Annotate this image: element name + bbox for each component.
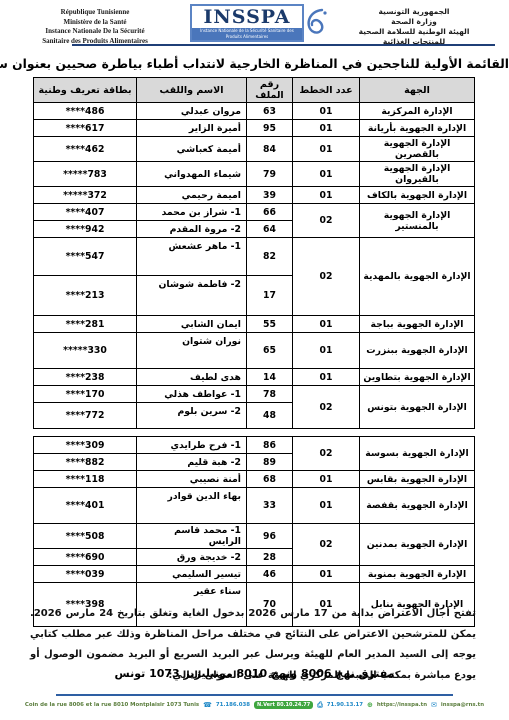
file-number-cell: 68 (247, 471, 293, 488)
header-line-ar: الجمهورية التونسية (333, 7, 495, 17)
file-number-cell: 28 (247, 549, 293, 566)
name-cell: بهاء الدين قوادر (137, 488, 247, 524)
insspa-logo-acronym: INSSPA (192, 6, 302, 29)
id-cell: ****118 (34, 471, 137, 488)
notice-text: بدخول الغاية وتغلق بتاريخ (113, 608, 248, 619)
region-cell: الإدارة المركزية (360, 103, 475, 120)
header-divider (72, 44, 495, 46)
file-number-cell: 79 (247, 162, 293, 187)
fax-icon: ⎙ (317, 702, 323, 709)
email-address: insspa@rns.tn (441, 702, 484, 708)
header-line-fr: Ministère de la Santé (14, 18, 176, 28)
file-number-cell: 63 (247, 103, 293, 120)
positions-cell: 02 (293, 524, 360, 566)
header-line-ar: وزارة الصحة (333, 17, 495, 27)
file-number-cell: 39 (247, 187, 293, 204)
name-cell: أميمة كعباشي (137, 137, 247, 162)
region-cell: الإدارة الجهوية بسوسة (360, 437, 475, 471)
column-header-positions: عدد الخطط (293, 78, 360, 103)
phone-icon: ☎ (203, 702, 212, 709)
column-header-name: الاسم واللقب (137, 78, 247, 103)
footer-contact-bar: Coin de la rue 8006 et la rue 8010 Montp… (6, 701, 503, 709)
results-table-section-2: الإدارة الجهوية بسوسة02861- فرح طرايدي**… (33, 436, 475, 627)
file-number-cell: 78 (247, 386, 293, 403)
table-row: الإدارة الجهوية بالقصرين0184أميمة كعباشي… (34, 137, 475, 162)
file-number-cell: 14 (247, 369, 293, 386)
region-cell: الإدارة الجهوية بالقصرين (360, 137, 475, 162)
id-cell: ****942 (34, 221, 137, 238)
id-cell: *****372 (34, 187, 137, 204)
table-header-row: الجهة عدد الخطط رقم الملف الاسم واللقب ب… (34, 78, 475, 103)
file-number-cell: 95 (247, 120, 293, 137)
table-row: الإدارة الجهوية بأريانة0195أميرة الزاير*… (34, 120, 475, 137)
id-cell: ****772 (34, 403, 137, 429)
table-row: الإدارة الجهوية بالمنستير02661- شراز بن … (34, 204, 475, 221)
name-cell: 2- سرين بلوم (137, 403, 247, 429)
name-cell: ايمان الشابي (137, 316, 247, 333)
id-cell: ****238 (34, 369, 137, 386)
positions-cell: 02 (293, 238, 360, 316)
header-line-ar: الهيئة الوطنية للسلامة الصحية (333, 27, 495, 37)
id-cell: ****508 (34, 524, 137, 549)
file-number-cell: 66 (247, 204, 293, 221)
region-cell: الإدارة الجهوية بأريانة (360, 120, 475, 137)
positions-cell: 01 (293, 566, 360, 583)
table-row: الإدارة الجهوية بالمهدية02821- ماهر عشعش… (34, 238, 475, 276)
name-cell: 2- مروة المقدم (137, 221, 247, 238)
positions-cell: 01 (293, 162, 360, 187)
region-cell: الإدارة الجهوية بالقيروان (360, 162, 475, 187)
name-cell: شيماء المهدواني (137, 162, 247, 187)
id-cell: ****547 (34, 238, 137, 276)
file-number-cell: 33 (247, 488, 293, 524)
positions-cell: 01 (293, 471, 360, 488)
name-cell: هدى لطيف (137, 369, 247, 386)
insspa-logo-subtitle-fr: Instance Nationale de la Sécurité Sanita… (192, 28, 302, 39)
positions-cell: 01 (293, 333, 360, 369)
region-cell: الإدارة الجهوية بقفصة (360, 488, 475, 524)
file-number-cell: 84 (247, 137, 293, 162)
table-row: الإدارة الجهوية بالقيروان0179شيماء المهد… (34, 162, 475, 187)
region-cell: الإدارة الجهوية بالمنستير (360, 204, 475, 238)
column-header-file-no: رقم الملف (247, 78, 293, 103)
table-row: الإدارة الجهوية بقفصة0133بهاء الدين قواد… (34, 488, 475, 524)
ministry-header-ar: الجمهورية التونسية وزارة الصحة الهيئة ال… (333, 7, 495, 47)
id-cell: ****039 (34, 566, 137, 583)
phone-number: 71.186.038 (216, 702, 250, 708)
id-cell: ****401 (34, 488, 137, 524)
mail-icon: ✉ (431, 702, 437, 709)
column-header-id: بطاقة تعريف وطنية (34, 78, 137, 103)
footer-divider (56, 694, 453, 696)
file-number-cell: 48 (247, 403, 293, 429)
id-cell: ****407 (34, 204, 137, 221)
address-arabic: مفترق نهج 8006 ونهج 8010 مونبليزير 1073 … (0, 667, 509, 680)
region-cell: الإدارة الجهوية بقابس (360, 471, 475, 488)
insspa-logo-box: INSSPA Instance Nationale de la Sécurité… (190, 4, 304, 42)
region-cell: الإدارة الجهوية بباجة (360, 316, 475, 333)
insspa-logo-subtitle-ar: الهيئة الوطنية للسلامة الصحية للمنتجات ا… (192, 39, 302, 40)
file-number-cell: 82 (247, 238, 293, 276)
name-cell: 2- فاطمة شوشان (137, 276, 247, 316)
id-cell: ****213 (34, 276, 137, 316)
ministry-header-fr: République Tunisienne Ministère de la Sa… (14, 8, 176, 46)
id-cell: ****309 (34, 437, 137, 454)
id-cell: *****330 (34, 333, 137, 369)
positions-cell: 01 (293, 103, 360, 120)
fax-number: 71.90.13.17 (327, 702, 363, 708)
positions-cell: 01 (293, 187, 360, 204)
globe-icon: ⊕ (367, 702, 373, 709)
table-row: الإدارة الجهوية بسوسة02861- فرح طرايدي**… (34, 437, 475, 454)
region-cell: الإدارة الجهوية بمنوبة (360, 566, 475, 583)
insspa-logo-strip: Instance Nationale de la Sécurité Sanita… (192, 28, 302, 40)
positions-cell: 01 (293, 316, 360, 333)
file-number-cell: 17 (247, 276, 293, 316)
positions-cell: 01 (293, 137, 360, 162)
name-cell: 1- فرح طرايدي (137, 437, 247, 454)
region-cell: الإدارة الجهوية بالكاف (360, 187, 475, 204)
positions-cell: 01 (293, 488, 360, 524)
file-number-cell: 65 (247, 333, 293, 369)
region-cell: الإدارة الجهوية بتونس (360, 386, 475, 429)
id-cell: ****617 (34, 120, 137, 137)
region-cell: الإدارة الجهوية ببنزرت (360, 333, 475, 369)
file-number-cell: 96 (247, 524, 293, 549)
region-cell: الإدارة الجهوية بمدنين (360, 524, 475, 566)
name-cell: اميمة رحيمي (137, 187, 247, 204)
address-french: Coin de la rue 8006 et la rue 8010 Montp… (25, 702, 199, 708)
table-row: الإدارة الجهوية بمدنين02961- محمد قاسم ا… (34, 524, 475, 549)
file-number-cell: 46 (247, 566, 293, 583)
table-row: الإدارة الجهوية بتطاوين0114هدى لطيف****2… (34, 369, 475, 386)
name-cell: نوران شتوان (137, 333, 247, 369)
name-cell: أميرة الزاير (137, 120, 247, 137)
table-row: الإدارة الجهوية ببنزرت0165نوران شتوان***… (34, 333, 475, 369)
id-cell: ****462 (34, 137, 137, 162)
name-cell: مروان عبدلي (137, 103, 247, 120)
header-line-fr: Instance Nationale De la Sécurité (14, 27, 176, 37)
file-number-cell: 64 (247, 221, 293, 238)
name-cell: 2- هبة قليم (137, 454, 247, 471)
id-cell: ****486 (34, 103, 137, 120)
insspa-logo: INSSPA Instance Nationale de la Sécurité… (190, 3, 330, 45)
name-cell: 1- ماهر عشعش (137, 238, 247, 276)
id-cell: ****281 (34, 316, 137, 333)
id-cell: ****170 (34, 386, 137, 403)
column-header-region: الجهة (360, 78, 475, 103)
positions-cell: 02 (293, 204, 360, 238)
region-cell: الإدارة الجهوية بتطاوين (360, 369, 475, 386)
name-cell: 2- خديجة ورق (137, 549, 247, 566)
name-cell: 1- عواطف هذلي (137, 386, 247, 403)
table-row: الإدارة الجهوية بالكاف0139اميمة رحيمي***… (34, 187, 475, 204)
table-row: الإدارة الجهوية بتونس02781- عواطف هذلي**… (34, 386, 475, 403)
name-cell: 1- شراز بن محمد (137, 204, 247, 221)
id-cell: ****690 (34, 549, 137, 566)
id-cell: *****783 (34, 162, 137, 187)
closing-date: 24 مارس 2026 (34, 608, 113, 619)
name-cell: أمنة نصيبي (137, 471, 247, 488)
positions-cell: 01 (293, 369, 360, 386)
header-line-fr: République Tunisienne (14, 8, 176, 18)
name-cell: 1- محمد قاسم الرايس (137, 524, 247, 549)
opening-date: 17 مارس 2026 (248, 608, 327, 619)
region-cell: الإدارة الجهوية بالمهدية (360, 238, 475, 316)
positions-cell: 01 (293, 120, 360, 137)
calligraphy-mark-icon (302, 7, 330, 41)
positions-cell: 02 (293, 386, 360, 429)
file-number-cell: 89 (247, 454, 293, 471)
table-row: الإدارة الجهوية بمنوبة0146تيسير السليمي*… (34, 566, 475, 583)
file-number-cell: 86 (247, 437, 293, 454)
document-title: القائمة الأولية للناجحين في المناظرة الخ… (0, 57, 509, 71)
table-row: الإدارة الجهوية بباجة0155ايمان الشابي***… (34, 316, 475, 333)
positions-cell: 02 (293, 437, 360, 471)
file-number-cell: 55 (247, 316, 293, 333)
results-table-area: الجهة عدد الخطط رقم الملف الاسم واللقب ب… (34, 77, 475, 627)
name-cell: تيسير السليمي (137, 566, 247, 583)
results-table-section-1: الجهة عدد الخطط رقم الملف الاسم واللقب ب… (33, 77, 475, 429)
notice-text: تفتح أجال الاعتراض بداية من (328, 608, 476, 619)
tollfree-badge: N.Vert 80.10.24.77 (254, 701, 313, 709)
table-row: الإدارة المركزية0163مروان عبدلي****486 (34, 103, 475, 120)
table-row: الإدارة الجهوية بقابس0168أمنة نصيبي****1… (34, 471, 475, 488)
id-cell: ****882 (34, 454, 137, 471)
website-url: https://insspa.tn (377, 702, 427, 708)
